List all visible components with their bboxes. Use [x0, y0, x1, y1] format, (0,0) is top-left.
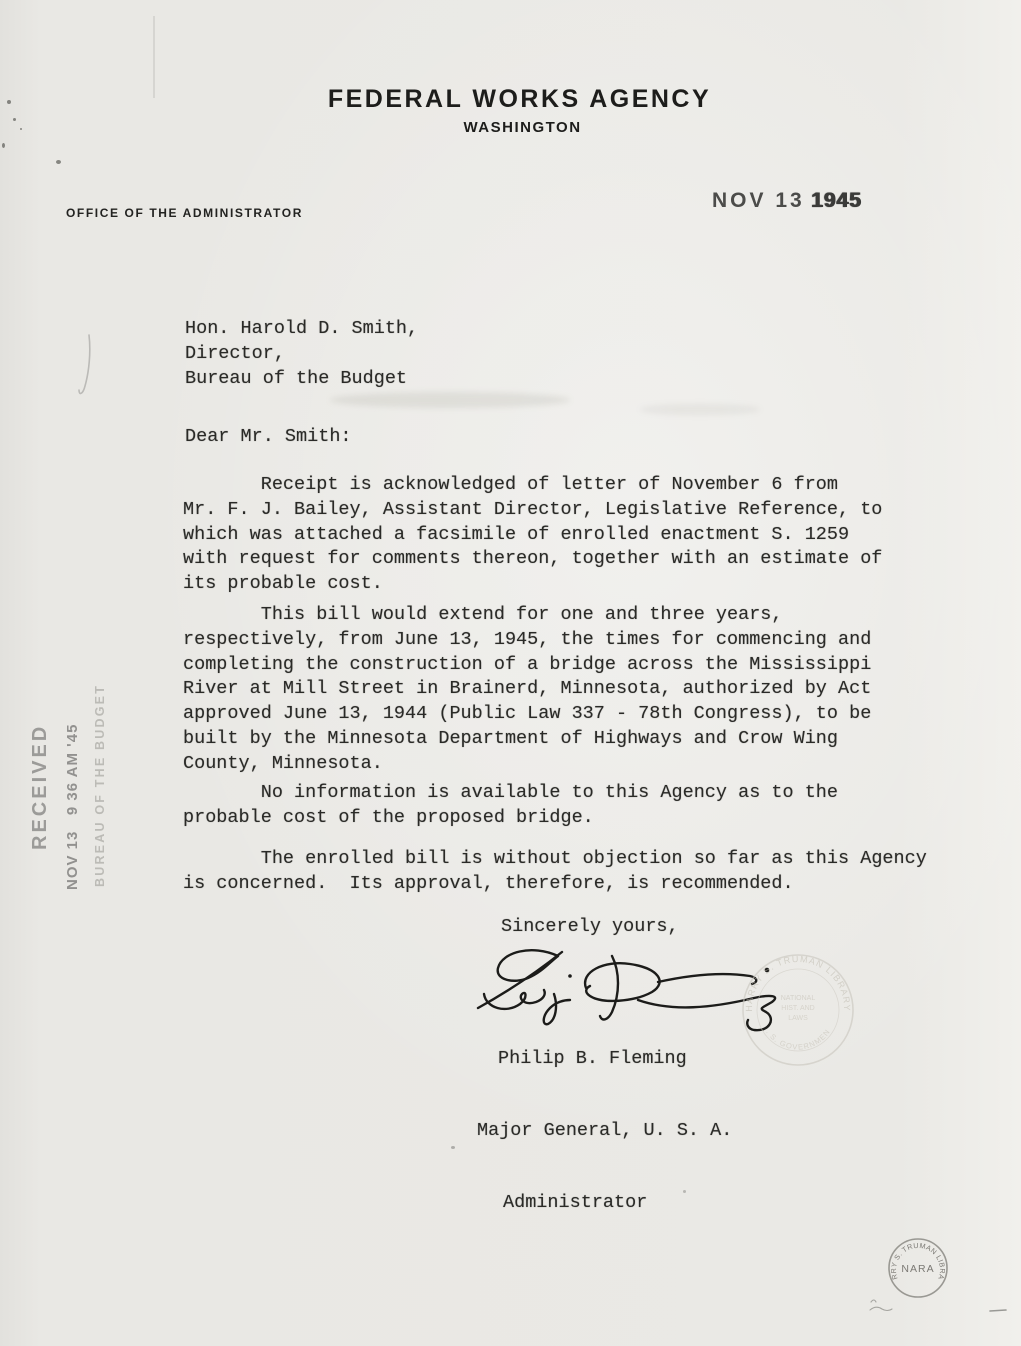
scan-speck — [20, 128, 22, 130]
scan-speck — [451, 1146, 455, 1149]
nara-stamp-center-text: NARA — [901, 1263, 934, 1275]
scan-speck — [7, 100, 11, 104]
embossed-seal: HARRY S. TRUMAN LIBRARY U. S. GOVERNMENT… — [736, 948, 860, 1072]
nara-stamp: HARRY S. TRUMAN LIBRARY NARA — [886, 1236, 950, 1300]
date-stamp-year: 1945 — [811, 189, 862, 212]
scan-speck — [56, 160, 61, 164]
date-stamp-monthday: NOV 13 — [712, 189, 805, 212]
signer-rank: Major General, U. S. A. — [477, 1119, 732, 1143]
agency-city: WASHINGTON — [12, 119, 1021, 136]
salutation: Dear Mr. Smith: — [185, 425, 352, 450]
scan-speck — [683, 1190, 686, 1193]
received-stamp: RECEIVED NOV 13 9 36 AM '45 BUREAU OF TH… — [23, 686, 123, 892]
paragraph-2: This bill would extend for one and three… — [183, 603, 871, 777]
recipient-address: Hon. Harold D. Smith, Director, Bureau o… — [185, 317, 418, 391]
scan-speck — [13, 118, 16, 121]
pencil-dash — [988, 1306, 1010, 1316]
agency-name: FEDERAL WORKS AGENCY — [9, 85, 1021, 114]
embossed-seal-arc-top: HARRY S. TRUMAN LIBRARY — [744, 954, 852, 1012]
received-stamp-word: RECEIVED — [23, 686, 57, 850]
pencil-scribble — [868, 1296, 918, 1316]
fold-line-artifact — [153, 16, 155, 98]
paragraph-3: No information is available to this Agen… — [183, 781, 838, 831]
signer-role: Administrator — [477, 1191, 732, 1215]
paragraph-1: Receipt is acknowledged of letter of Nov… — [183, 473, 882, 597]
svg-text:HARRY S. TRUMAN LIBRARY: HARRY S. TRUMAN LIBRARY — [744, 954, 852, 1012]
erasure-smudge — [330, 392, 570, 408]
typed-signature-block: Philip B. Fleming Major General, U. S. A… — [477, 999, 732, 1263]
scan-speck — [2, 143, 5, 148]
embossed-seal-inner2: HIST. AND — [781, 1005, 814, 1012]
closing-sincerely: Sincerely yours, — [501, 915, 679, 940]
embossed-seal-inner3: LAWS — [788, 1015, 808, 1022]
office-line: OFFICE OF THE ADMINISTRATOR — [66, 206, 303, 220]
scanned-letter-page: FEDERAL WORKS AGENCY WASHINGTON OFFICE O… — [0, 0, 1021, 1346]
pen-mark — [76, 332, 98, 404]
signer-name: Philip B. Fleming — [477, 1047, 732, 1071]
received-stamp-datetime: NOV 13 9 36 AM '45 — [57, 686, 89, 890]
received-stamp-bureau: BUREAU OF THE BUDGET — [89, 686, 111, 887]
paragraph-4: The enrolled bill is without objection s… — [183, 847, 927, 897]
date-stamp: NOV 131945 — [712, 189, 861, 213]
embossed-seal-inner1: NATIONAL — [781, 995, 816, 1002]
erasure-smudge-2 — [640, 404, 760, 415]
